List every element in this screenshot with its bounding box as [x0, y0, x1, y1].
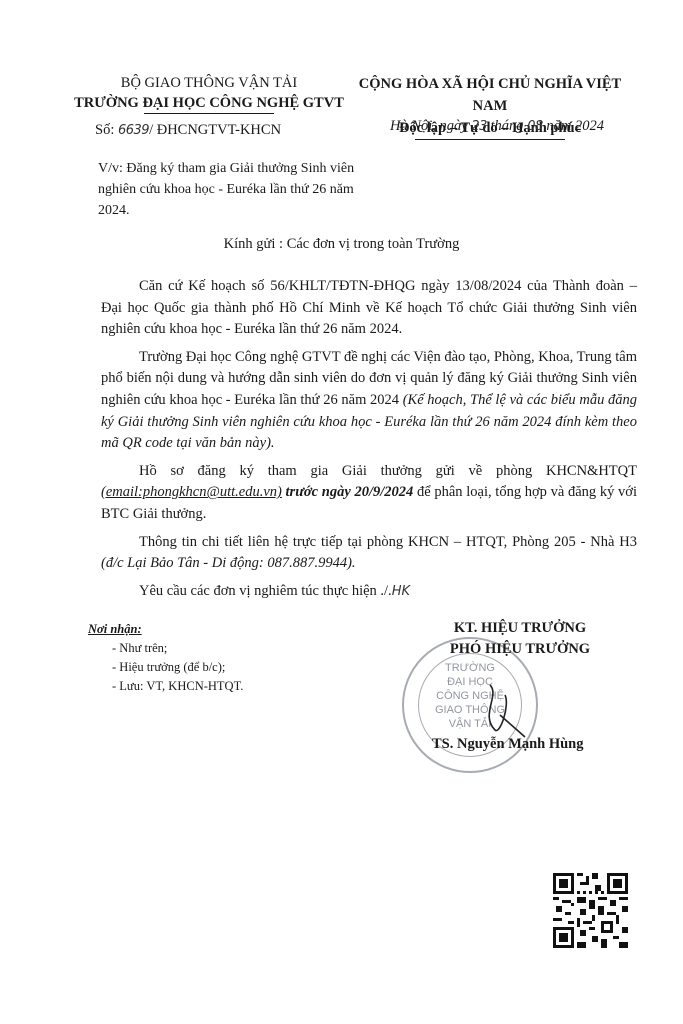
paragraph-1: Căn cứ Kế hoạch số 56/KHLT/TĐTN-ĐHQG ngà… — [101, 276, 637, 341]
recipients-block: Nơi nhận: - Như trên; - Hiệu trưởng (để … — [88, 620, 243, 696]
initial-mark: HK — [392, 584, 410, 599]
signature-block: KT. HIỆU TRƯỞNG PHÓ HIỆU TRƯỞNG — [410, 618, 630, 660]
recipient-item: - Lưu: VT, KHCN-HTQT. — [88, 677, 243, 696]
paragraph-2: Trường Đại học Công nghệ GTVT đề nghị cá… — [101, 347, 637, 455]
paragraph-5: Yêu cầu các đơn vị nghiêm túc thực hiện … — [101, 581, 637, 603]
signature-title-2: PHÓ HIỆU TRƯỞNG — [410, 639, 630, 660]
recipient-item: - Hiệu trưởng (để b/c); — [88, 658, 243, 677]
signature-title-1: KT. HIỆU TRƯỞNG — [410, 618, 630, 639]
paragraph-3: Hồ sơ đăng ký tham gia Giải thưởng gửi v… — [101, 461, 637, 526]
nation-name: CỘNG HÒA XÃ HỘI CHỦ NGHĨA VIỆT NAM — [340, 73, 640, 117]
ministry-name: BỘ GIAO THÔNG VẬN TẢI — [64, 73, 354, 93]
signer-name: TS. Nguyễn Mạnh Hùng — [432, 736, 584, 753]
header-divider — [144, 113, 274, 114]
handwritten-number: 6639 — [118, 123, 149, 138]
recipient-line: Kính gửi : Các đơn vị trong toàn Trường — [0, 236, 683, 253]
document-number: Số: 6639/ ĐHCNGTVT-KHCN — [95, 122, 281, 139]
motto-divider — [415, 139, 565, 140]
recipients-title: Nơi nhận: — [88, 620, 243, 639]
email-link[interactable]: (email:phongkhcn@utt.edu.vn) — [101, 484, 282, 500]
handwritten-month: 08 — [527, 119, 543, 134]
date-line: Hà Nội, ngày 23 tháng 08 năm 2024 — [390, 118, 604, 135]
deadline: trước ngày 20/9/2024 — [282, 484, 413, 500]
recipient-item: - Như trên; — [88, 639, 243, 658]
school-name: TRƯỜNG ĐẠI HỌC CÔNG NGHỆ GTVT — [64, 93, 354, 113]
signature-scribble-icon — [470, 675, 540, 745]
paragraph-4: Thông tin chi tiết liên hệ trực tiếp tại… — [101, 532, 637, 575]
qr-code-icon[interactable] — [553, 873, 628, 948]
handwritten-day: 23 — [471, 119, 487, 134]
issuer-header: BỘ GIAO THÔNG VẬN TẢI TRƯỜNG ĐẠI HỌC CÔN… — [64, 73, 354, 114]
document-body: Căn cứ Kế hoạch số 56/KHLT/TĐTN-ĐHQG ngà… — [101, 276, 637, 608]
subject-line: V/v: Đăng ký tham gia Giải thưởng Sinh v… — [98, 158, 358, 221]
